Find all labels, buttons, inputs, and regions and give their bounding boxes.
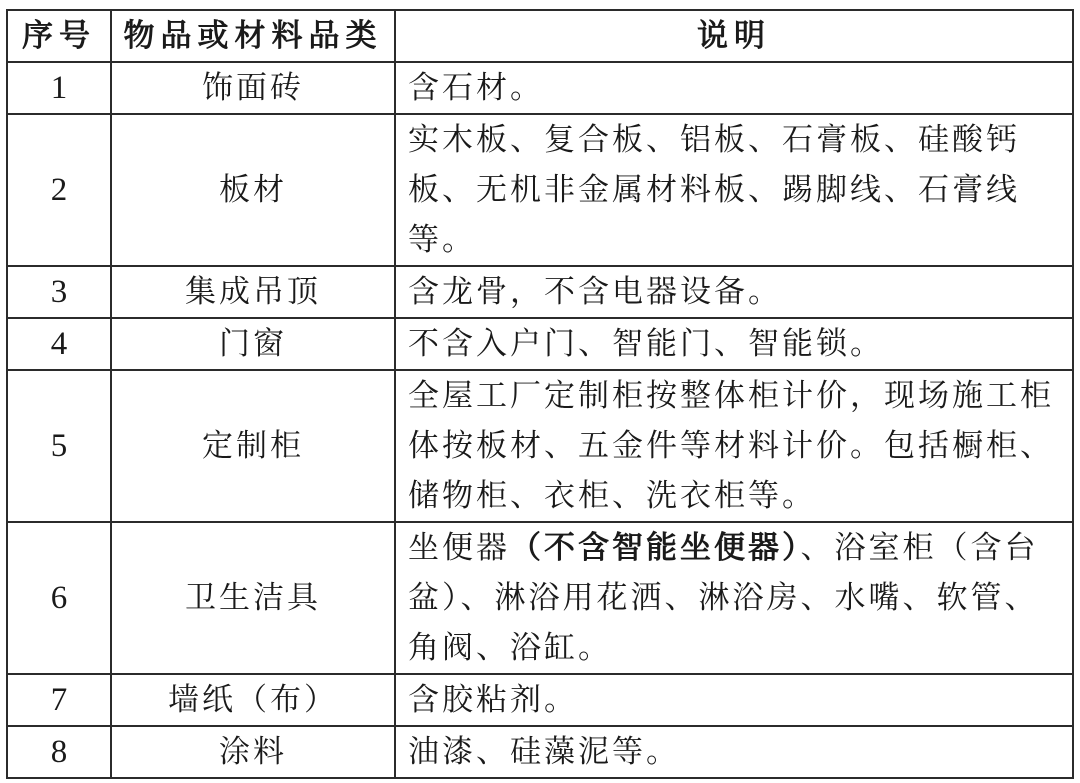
row-number: 7 bbox=[7, 674, 111, 726]
row-number: 4 bbox=[7, 318, 111, 370]
row-category: 门窗 bbox=[111, 318, 395, 370]
row-description: 实木板、复合板、铝板、石膏板、硅酸钙板、无机非金属材料板、踢脚线、石膏线等。 bbox=[395, 114, 1073, 266]
header-cell-no: 序号 bbox=[7, 10, 111, 62]
row-description: 含石材。 bbox=[395, 62, 1073, 114]
header-cell-description: 说明 bbox=[395, 10, 1073, 62]
table-row: 2 板材 实木板、复合板、铝板、石膏板、硅酸钙板、无机非金属材料板、踢脚线、石膏… bbox=[7, 114, 1073, 266]
materials-table: 序号 物品或材料品类 说明 1 饰面砖 含石材。 2 板材 实木板、复合板、铝板… bbox=[6, 9, 1074, 779]
row-number: 2 bbox=[7, 114, 111, 266]
table-row: 1 饰面砖 含石材。 bbox=[7, 62, 1073, 114]
row-description: 含龙骨，不含电器设备。 bbox=[395, 266, 1073, 318]
header-cell-category: 物品或材料品类 bbox=[111, 10, 395, 62]
row-category: 集成吊顶 bbox=[111, 266, 395, 318]
row-description: 不含入户门、智能门、智能锁。 bbox=[395, 318, 1073, 370]
row-description: 含胶粘剂。 bbox=[395, 674, 1073, 726]
row-description: 油漆、硅藻泥等。 bbox=[395, 726, 1073, 778]
row-number: 5 bbox=[7, 370, 111, 522]
table-header-row: 序号 物品或材料品类 说明 bbox=[7, 10, 1073, 62]
row-description: 全屋工厂定制柜按整体柜计价，现场施工柜体按板材、五金件等材料计价。包括橱柜、储物… bbox=[395, 370, 1073, 522]
row-category: 涂料 bbox=[111, 726, 395, 778]
table-row: 3 集成吊顶 含龙骨，不含电器设备。 bbox=[7, 266, 1073, 318]
row-number: 1 bbox=[7, 62, 111, 114]
table-row: 5 定制柜 全屋工厂定制柜按整体柜计价，现场施工柜体按板材、五金件等材料计价。包… bbox=[7, 370, 1073, 522]
row-category: 墙纸（布） bbox=[111, 674, 395, 726]
description-segment-bold: （不含智能坐便器） bbox=[510, 530, 801, 565]
table-row: 7 墙纸（布） 含胶粘剂。 bbox=[7, 674, 1073, 726]
row-number: 3 bbox=[7, 266, 111, 318]
row-category: 卫生洁具 bbox=[111, 522, 395, 674]
table-row: 4 门窗 不含入户门、智能门、智能锁。 bbox=[7, 318, 1073, 370]
row-number: 6 bbox=[7, 522, 111, 674]
row-description: 坐便器（不含智能坐便器）、浴室柜（含台盆）、淋浴用花洒、淋浴房、水嘴、软管、角阀… bbox=[395, 522, 1073, 674]
row-number: 8 bbox=[7, 726, 111, 778]
row-category: 板材 bbox=[111, 114, 395, 266]
table-row: 6 卫生洁具 坐便器（不含智能坐便器）、浴室柜（含台盆）、淋浴用花洒、淋浴房、水… bbox=[7, 522, 1073, 674]
row-category: 饰面砖 bbox=[111, 62, 395, 114]
table-row: 8 涂料 油漆、硅藻泥等。 bbox=[7, 726, 1073, 778]
description-segment: 坐便器 bbox=[408, 530, 510, 565]
row-category: 定制柜 bbox=[111, 370, 395, 522]
